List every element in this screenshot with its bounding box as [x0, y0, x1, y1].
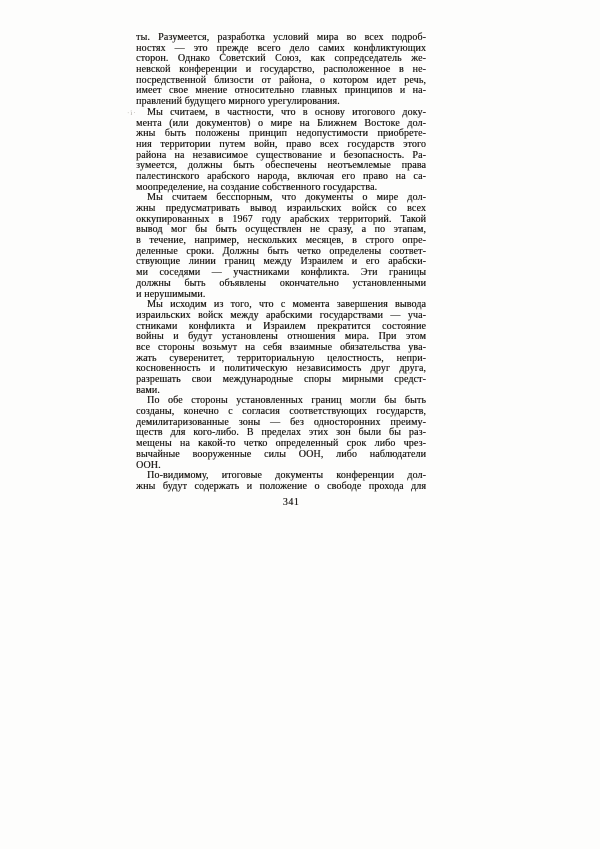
text-line: Мы считаем, в частности, что в основу ит… — [136, 108, 426, 119]
text-line: вычайные вооруженные силы ООН, либо набл… — [136, 450, 426, 461]
text-line: разрешать свои международные споры мирны… — [136, 375, 426, 386]
text-line: жны будут содержать и положение о свобод… — [136, 482, 426, 493]
text-column: ты. Разумеется, разработка условий мира … — [136, 33, 426, 493]
scan-artifact-mark: ·i· — [127, 109, 137, 117]
text-line: должны быть объявлены окончательно устан… — [136, 279, 426, 290]
book-page: ты. Разумеется, разработка условий мира … — [0, 0, 600, 849]
text-line: израильских войск между арабскими госуда… — [136, 311, 426, 322]
text-line: ния территории путем войн, право всех го… — [136, 140, 426, 151]
page-number: 341 — [146, 497, 436, 508]
